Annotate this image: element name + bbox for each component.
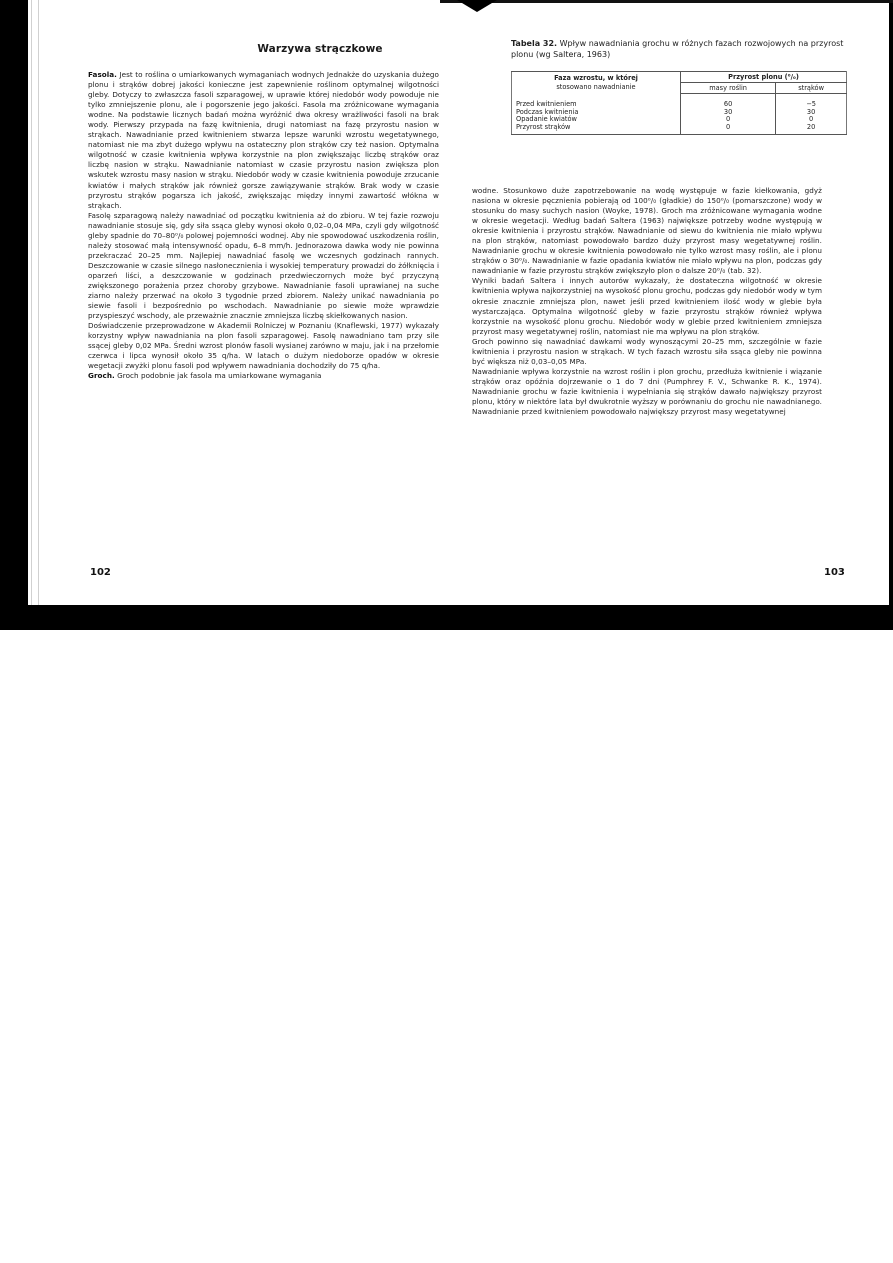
- paragraph: Fasolę szparagową należy nawadniać od po…: [88, 211, 439, 322]
- run-in-heading-fasola: Fasola.: [88, 70, 117, 79]
- column-header-pods: strąków: [776, 83, 847, 94]
- paragraph-fasola: Fasola. Jest to roślina o umiarkowanych …: [88, 70, 439, 211]
- column-header-plant-mass: masy roślin: [681, 83, 776, 94]
- scan-border-left: [0, 0, 28, 630]
- right-page-body: wodne. Stosunkowo duże zapotrzebowanie n…: [472, 186, 822, 417]
- page-number: 102: [90, 567, 111, 578]
- book-binding-edge: [28, 0, 44, 605]
- data-table: Faza wzrostu, w której stosowano nawadni…: [511, 71, 847, 135]
- table-caption: Tabela 32. Wpływ nawadniania grochu w ró…: [511, 39, 853, 60]
- paragraph: wodne. Stosunkowo duże zapotrzebowanie n…: [472, 186, 822, 276]
- paragraph: Wyniki badań Saltera i innych autorów wy…: [472, 276, 822, 336]
- left-page: Warzywa strączkowe Fasola. Jest to rośli…: [44, 0, 464, 605]
- paragraph: Doświadczenie przeprowadzone w Akademii …: [88, 321, 439, 371]
- paragraph-groch: Groch. Groch podobnie jak fasola ma umia…: [88, 371, 439, 381]
- table-caption-label: Tabela 32.: [511, 39, 557, 48]
- table-row: Przyrost strąków 0 20: [512, 124, 847, 132]
- scan-border-bottom: [0, 605, 893, 630]
- scan-border-right: [889, 0, 893, 605]
- paragraph: Nawadnianie wpływa korzystnie na wzrost …: [472, 367, 822, 417]
- table-caption-text: Wpływ nawadniania grochu w różnych fazac…: [511, 39, 843, 59]
- column-header-phase: Faza wzrostu, w której stosowano nawadni…: [512, 72, 681, 94]
- left-page-body: Fasola. Jest to roślina o umiarkowanych …: [88, 70, 439, 381]
- run-in-heading-groch: Groch.: [88, 371, 115, 380]
- chapter-title: Warzywa strączkowe: [200, 43, 440, 55]
- column-header-yield-increase: Przyrost plonu (⁰/₀): [681, 72, 847, 83]
- page-number: 103: [824, 567, 845, 578]
- right-page: Tabela 32. Wpływ nawadniania grochu w ró…: [464, 0, 889, 605]
- paragraph: Groch powinno się nawadniać dawkami wody…: [472, 337, 822, 367]
